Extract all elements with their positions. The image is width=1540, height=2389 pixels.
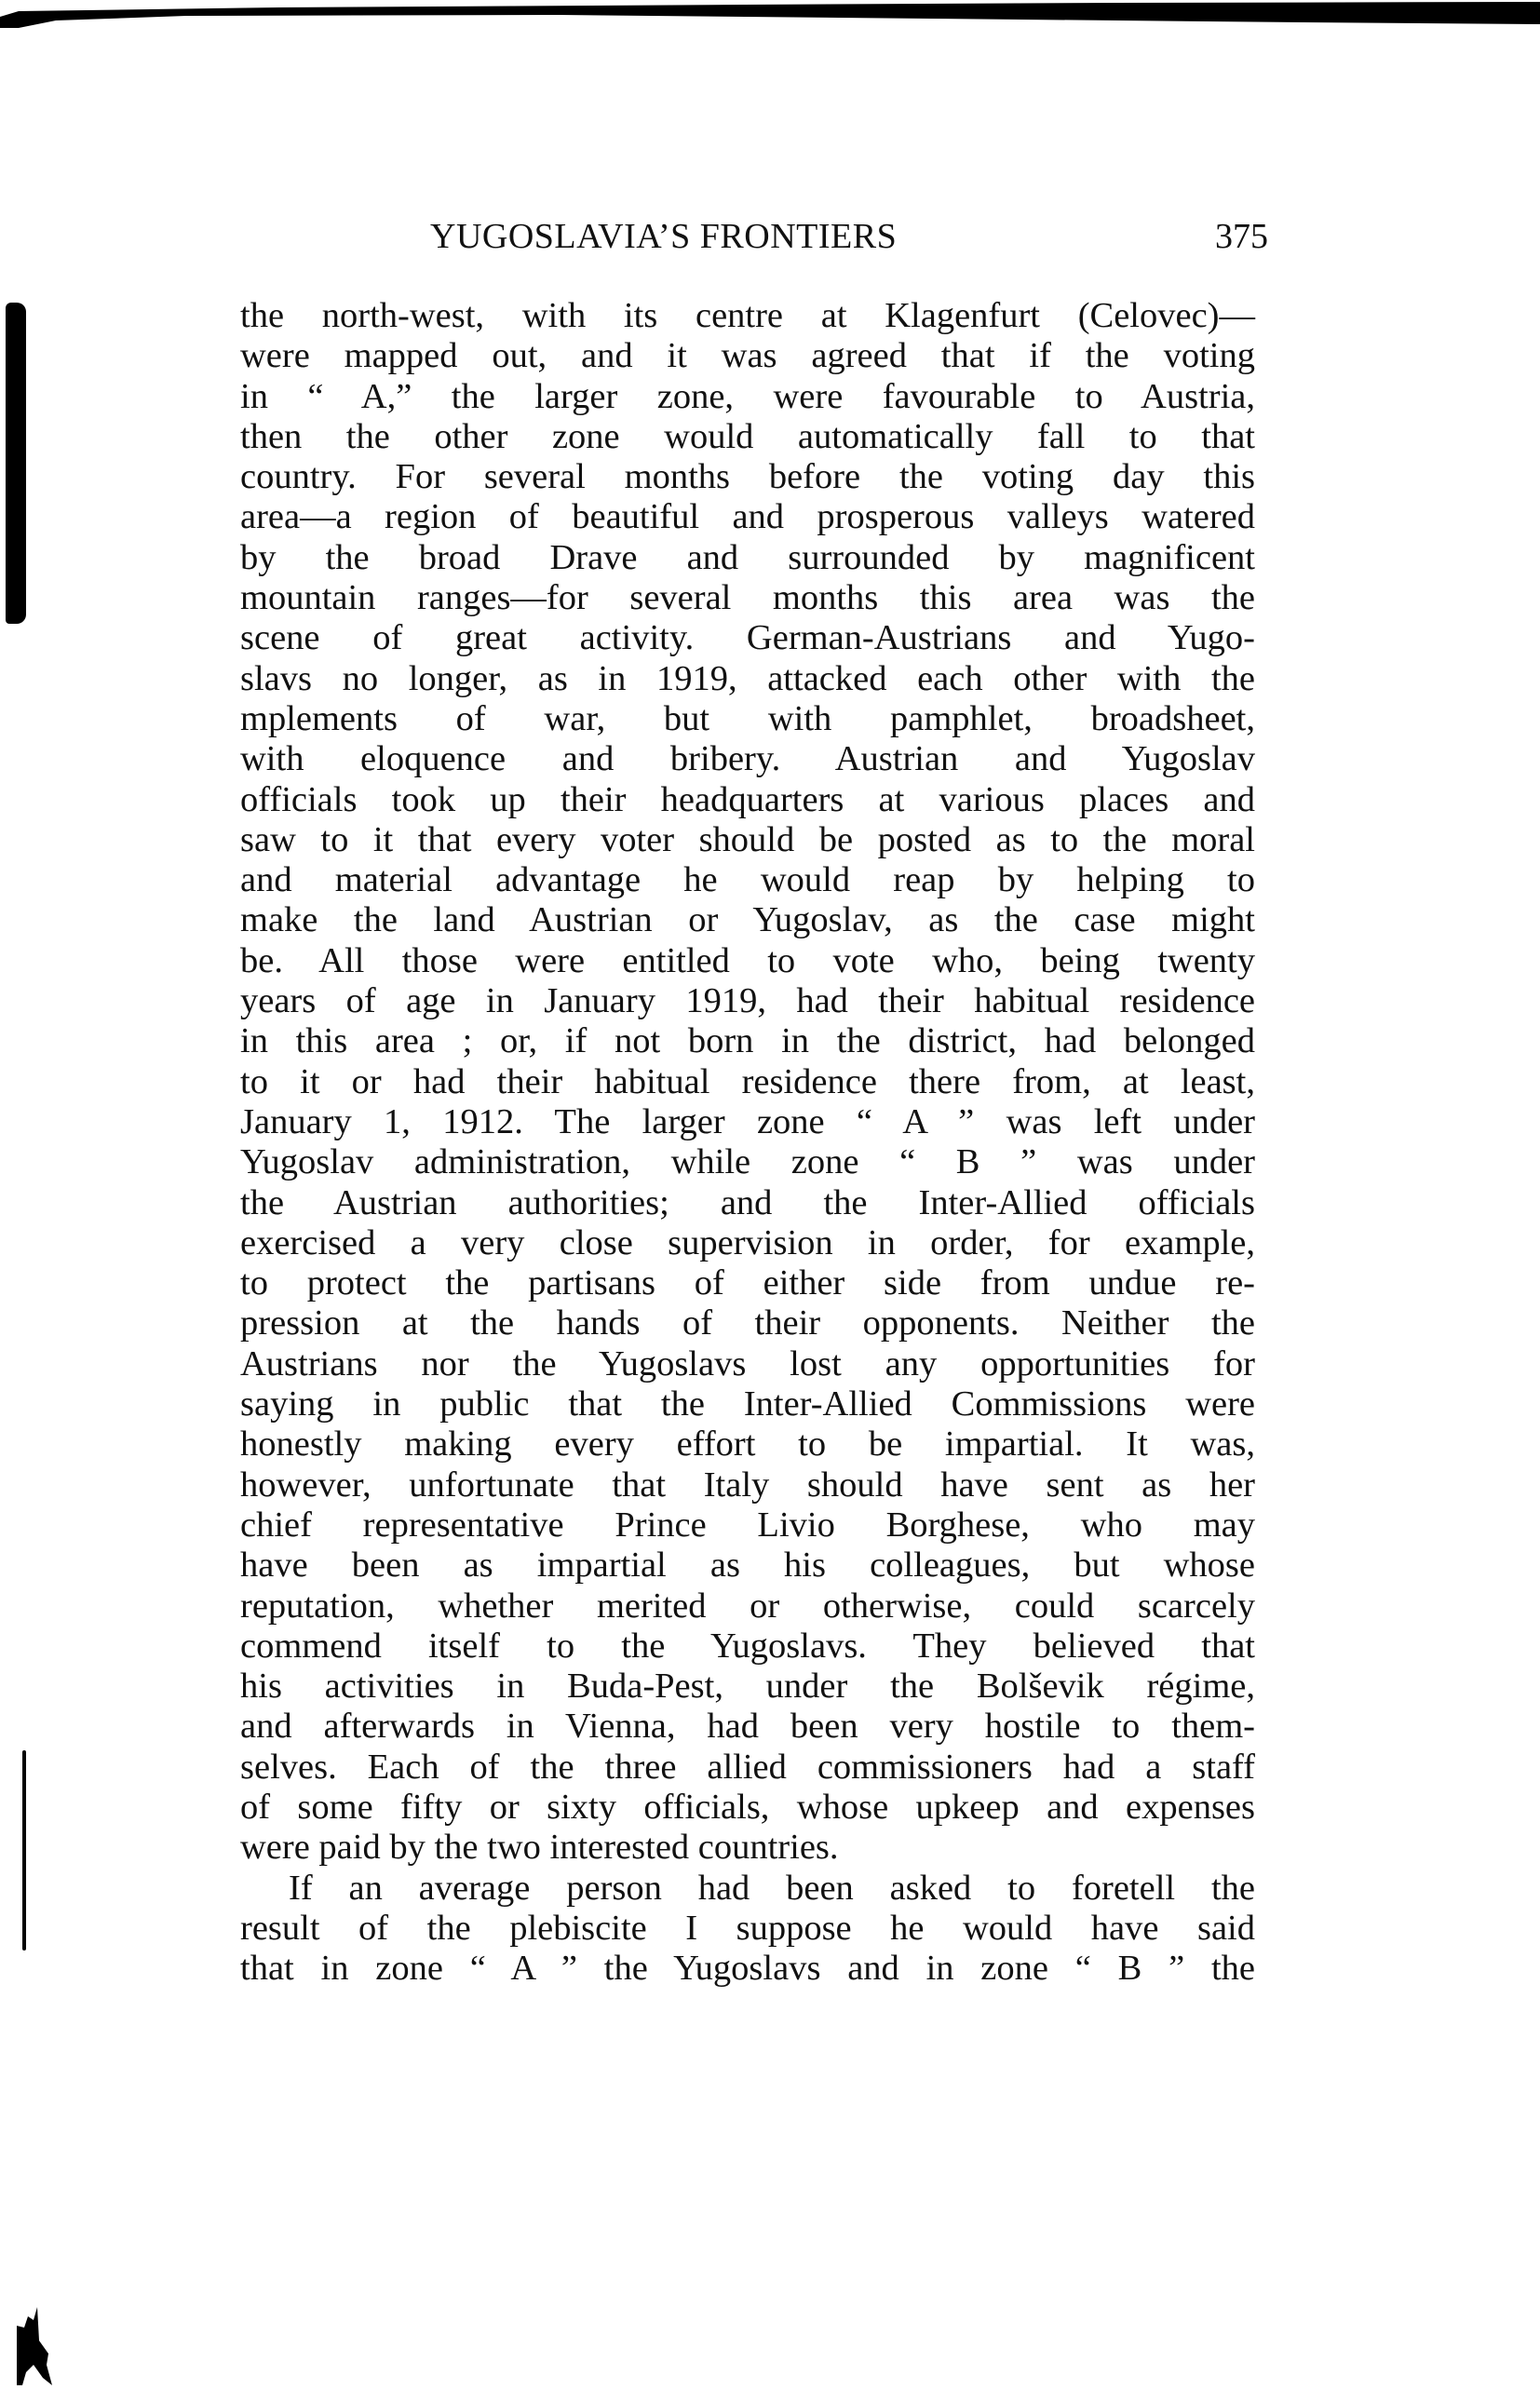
text-line: reputation, whether merited or otherwise… [240,1586,1255,1626]
page-number: 375 [1215,216,1268,257]
text-line: mplements of war, but with pamphlet, bro… [240,699,1255,739]
scan-corner-blot [15,2307,54,2387]
text-line: country. For several months before the v… [240,457,1255,497]
text-line: have been as impartial as his colleagues… [240,1545,1255,1586]
text-line: in this area ; or, if not born in the di… [240,1021,1255,1061]
paragraph: the north-west, with its centre at Klage… [240,296,1255,1869]
text-line: and material advantage he would reap by … [240,860,1255,900]
text-line: January 1, 1912. The larger zone “ A ” w… [240,1102,1255,1142]
text-line: make the land Austrian or Yugoslav, as t… [240,900,1255,940]
scan-top-edge-artifact [0,0,1540,28]
text-line: pression at the hands of their opponents… [240,1303,1255,1343]
text-line: that in zone “ A ” the Yugoslavs and in … [240,1949,1255,1989]
text-line: Yugoslav administration, while zone “ B … [240,1142,1255,1182]
text-line: mountain ranges—for several months this … [240,578,1255,618]
text-line: exercised a very close supervision in or… [240,1223,1255,1263]
text-line: slavs no longer, as in 1919, attacked ea… [240,659,1255,699]
text-line: honestly making every effort to be impar… [240,1424,1255,1464]
text-line: were paid by the two interested countrie… [240,1828,1255,1868]
text-line: to protect the partisans of either side … [240,1263,1255,1303]
text-line: his activities in Buda-Pest, under the B… [240,1667,1255,1707]
text-line: in “ A,” the larger zone, were favourabl… [240,377,1255,417]
text-line: If an average person had been asked to f… [240,1869,1255,1909]
text-line: result of the plebiscite I suppose he wo… [240,1909,1255,1949]
text-line: be. All those were entitled to vote who,… [240,941,1255,981]
paragraph: If an average person had been asked to f… [240,1869,1255,1990]
text-line: saying in public that the Inter-Allied C… [240,1384,1255,1424]
text-line: and afterwards in Vienna, had been very … [240,1707,1255,1747]
text-line: Austrians nor the Yugoslavs lost any opp… [240,1344,1255,1384]
text-line: with eloquence and bribery. Austrian and… [240,739,1255,779]
text-line: officials took up their headquarters at … [240,780,1255,820]
text-line: area—a region of beautiful and prosperou… [240,497,1255,537]
text-line: then the other zone would automatically … [240,417,1255,457]
text-line: saw to it that every voter should be pos… [240,820,1255,860]
text-line: selves. Each of the three allied commiss… [240,1748,1255,1788]
text-line: the north-west, with its centre at Klage… [240,296,1255,336]
running-head: YUGOSLAVIA’S FRONTIERS [430,216,897,257]
text-line: commend itself to the Yugoslavs. They be… [240,1626,1255,1667]
text-line: chief representative Prince Livio Borghe… [240,1505,1255,1545]
text-line: were mapped out, and it was agreed that … [240,336,1255,376]
text-line: by the broad Drave and surrounded by mag… [240,538,1255,578]
scan-binding-shadow [6,303,26,624]
text-line: to it or had their habitual residence th… [240,1062,1255,1102]
scan-margin-mark [22,1750,26,1950]
text-line: years of age in January 1919, had their … [240,981,1255,1021]
text-line: the Austrian authorities; and the Inter-… [240,1183,1255,1223]
text-line: of some fifty or sixty officials, whose … [240,1788,1255,1828]
body-text: the north-west, with its centre at Klage… [240,296,1255,1989]
page-header: YUGOSLAVIA’S FRONTIERS 375 [430,216,1268,272]
text-line: scene of great activity. German-Austrian… [240,618,1255,658]
text-line: however, unfortunate that Italy should h… [240,1465,1255,1505]
